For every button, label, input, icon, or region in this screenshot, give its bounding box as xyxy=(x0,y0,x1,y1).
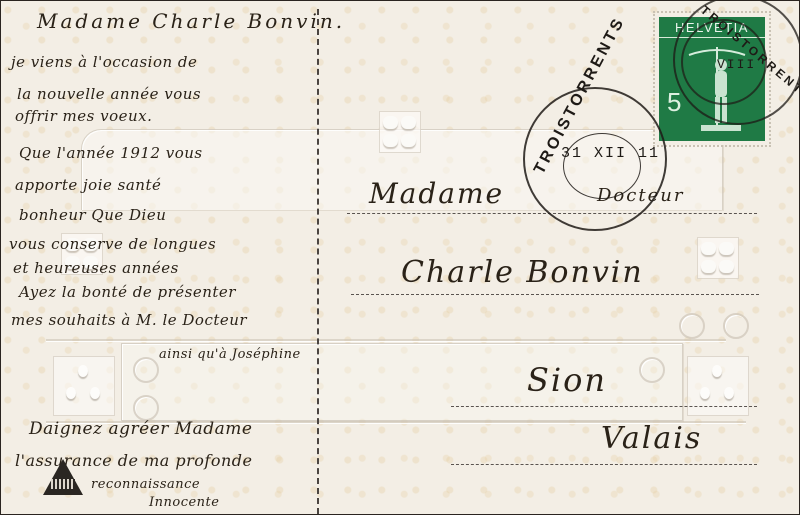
embossed-scroll-ornament xyxy=(723,313,749,339)
message-line: ainsi qu'à Joséphine xyxy=(159,347,301,362)
stamp-value: 5 xyxy=(667,87,681,118)
address-city: Sion xyxy=(527,361,607,399)
embossed-clover-ornament xyxy=(379,111,421,153)
message-line: mes souhaits à M. le Docteur xyxy=(11,311,247,329)
message-line: offrir mes voeux. xyxy=(15,107,152,125)
embossed-scroll-ornament xyxy=(639,357,665,383)
triangle-logo-detail xyxy=(51,479,75,489)
message-line: apporte joie santé xyxy=(15,176,161,194)
greeting-line: Madame Charle Bonvin. xyxy=(37,9,345,33)
address-rule xyxy=(351,294,759,295)
embossed-scroll-ornament xyxy=(133,395,159,421)
address-rule xyxy=(451,406,757,407)
closing-line: reconnaissance xyxy=(91,477,200,492)
closing-line: Daignez agréer Madame xyxy=(29,419,253,439)
signature: Innocente xyxy=(149,495,219,510)
embossed-scroll-ornament xyxy=(133,357,159,383)
address-recipient-title: Madame xyxy=(369,177,504,210)
postmark-hour: VIII xyxy=(717,57,756,72)
embossed-clover-ornament xyxy=(697,237,739,279)
message-line: bonheur Que Dieu xyxy=(19,206,166,224)
embossed-dot-ornament xyxy=(687,356,749,416)
postmark-date: 31 XII 11 xyxy=(561,145,660,162)
embossed-dot-ornament xyxy=(53,356,115,416)
center-divider xyxy=(317,9,319,514)
message-line: et heureuses années xyxy=(13,259,179,277)
message-line: je viens à l'occasion de xyxy=(11,53,197,71)
address-region: Valais xyxy=(601,421,702,456)
message-line: vous conserve de longues xyxy=(9,235,216,253)
embossed-scroll-ornament xyxy=(679,313,705,339)
embossed-rule xyxy=(46,339,726,341)
message-line: Que l'année 1912 vous xyxy=(19,144,203,162)
postmark-circle xyxy=(563,133,641,199)
triangle-logo-icon xyxy=(43,459,83,495)
message-line: Ayez la bonté de présenter xyxy=(19,283,236,301)
address-recipient-name: Charle Bonvin xyxy=(401,255,644,290)
message-line: la nouvelle année vous xyxy=(17,85,201,103)
postcard-back: Madame Charle Bonvin. je viens à l'occas… xyxy=(1,1,799,514)
address-rule xyxy=(451,464,757,465)
